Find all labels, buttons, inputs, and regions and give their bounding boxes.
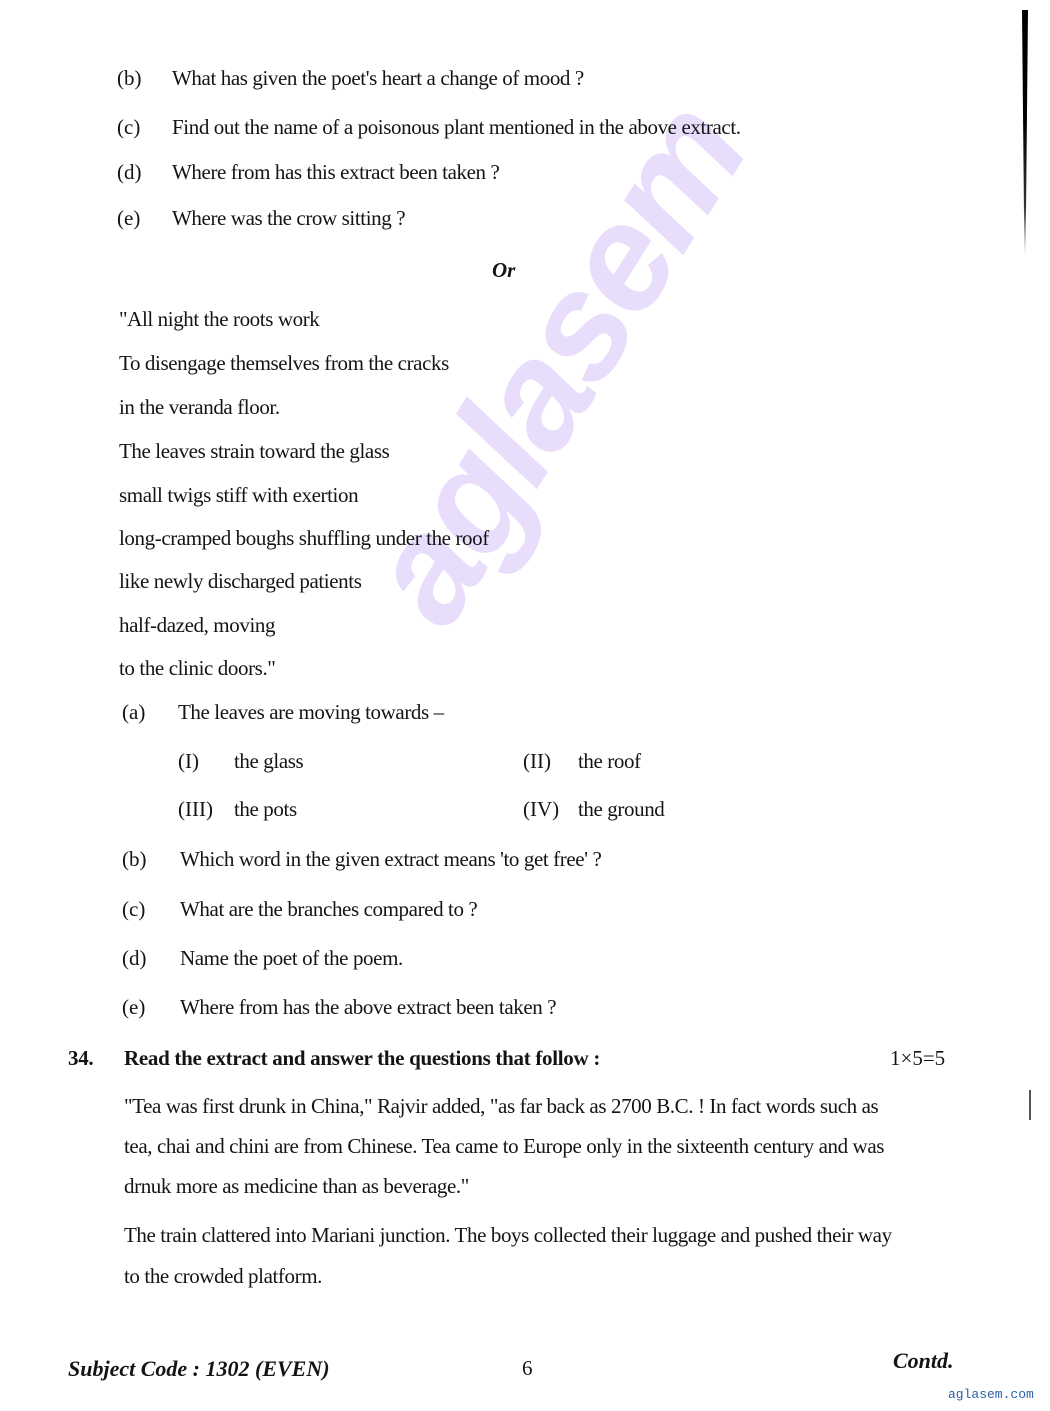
page-number: 6 xyxy=(522,1356,533,1381)
question-text: The leaves are moving towards – xyxy=(178,700,444,725)
question-label: (a) xyxy=(122,700,145,725)
question-label: (d) xyxy=(117,160,142,185)
option-label: (I) xyxy=(178,749,199,774)
marks: 1×5=5 xyxy=(890,1046,945,1071)
poem-line: "All night the roots work xyxy=(119,307,319,332)
passage-line: "Tea was first drunk in China," Rajvir a… xyxy=(124,1094,878,1119)
poem-line: To disengage themselves from the cracks xyxy=(119,351,449,376)
passage-line: to the crowded platform. xyxy=(124,1264,322,1289)
poem-line: long-cramped boughs shuffling under the … xyxy=(119,526,489,551)
question-text: What are the branches compared to ? xyxy=(180,897,477,922)
subject-code: Subject Code : 1302 (EVEN) xyxy=(68,1356,330,1382)
question-text: Which word in the given extract means 't… xyxy=(180,847,601,872)
question-label: (c) xyxy=(122,897,145,922)
question-instruction: Read the extract and answer the question… xyxy=(124,1046,600,1071)
passage-line: tea, chai and chini are from Chinese. Te… xyxy=(124,1134,884,1159)
question-text: Where from has the above extract been ta… xyxy=(180,995,556,1020)
question-text: Where was the crow sitting ? xyxy=(172,206,405,231)
option-label: (II) xyxy=(523,749,551,774)
poem-line: in the veranda floor. xyxy=(119,395,280,420)
poem-line: half-dazed, moving xyxy=(119,613,275,638)
scan-edge-mark xyxy=(1022,10,1028,255)
question-label: (d) xyxy=(122,946,147,971)
option-label: (IV) xyxy=(523,797,559,822)
question-label: (b) xyxy=(117,66,142,91)
question-label: (b) xyxy=(122,847,147,872)
poem-line: like newly discharged patients xyxy=(119,569,361,594)
option-text: the pots xyxy=(234,797,297,822)
option-text: the glass xyxy=(234,749,303,774)
question-text: Find out the name of a poisonous plant m… xyxy=(172,115,741,140)
scan-edge-mark xyxy=(1029,1090,1031,1120)
or-separator: Or xyxy=(492,258,515,283)
question-text: Where from has this extract been taken ? xyxy=(172,160,499,185)
poem-line: to the clinic doors." xyxy=(119,656,275,681)
question-label: (c) xyxy=(117,115,140,140)
question-label: (e) xyxy=(122,995,145,1020)
question-text: Name the poet of the poem. xyxy=(180,946,403,971)
option-text: the roof xyxy=(578,749,641,774)
passage-line: drnuk more as medicine than as beverage.… xyxy=(124,1174,469,1199)
contd-label: Contd. xyxy=(893,1348,954,1374)
passage-line: The train clattered into Mariani junctio… xyxy=(124,1223,892,1248)
question-label: (e) xyxy=(117,206,140,231)
poem-line: The leaves strain toward the glass xyxy=(119,439,389,464)
option-text: the ground xyxy=(578,797,664,822)
question-text: What has given the poet's heart a change… xyxy=(172,66,584,91)
site-link[interactable]: aglasem.com xyxy=(948,1387,1034,1402)
option-label: (III) xyxy=(178,797,213,822)
poem-line: small twigs stiff with exertion xyxy=(119,483,358,508)
question-number: 34. xyxy=(68,1046,93,1071)
exam-page: aglasem (b) What has given the poet's he… xyxy=(0,0,1050,1411)
